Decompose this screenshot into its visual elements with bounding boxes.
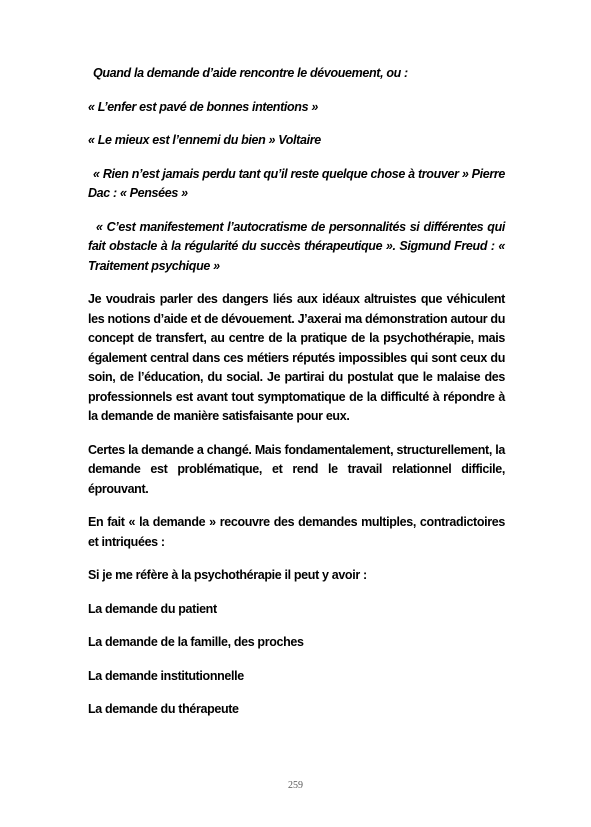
epigraph-line-1: Quand la demande d’aide rencontre le dév…	[88, 64, 505, 84]
epigraph-line-5: « C’est manifestement l’autocratisme de …	[88, 218, 505, 277]
page-number: 259	[0, 780, 591, 791]
document-page: Quand la demande d’aide rencontre le dév…	[0, 0, 591, 827]
demand-list-item-4: La demande du thérapeute	[88, 700, 505, 720]
body-paragraph-4: Si je me réfère à la psychothérapie il p…	[88, 566, 505, 586]
demand-list-item-1: La demande du patient	[88, 600, 505, 620]
demand-list-item-2: La demande de la famille, des proches	[88, 633, 505, 653]
epigraph-line-3: « Le mieux est l’ennemi du bien » Voltai…	[88, 131, 505, 151]
epigraph-line-4: « Rien n’est jamais perdu tant qu’il res…	[88, 165, 505, 204]
body-paragraph-1: Je voudrais parler des dangers liés aux …	[88, 290, 505, 427]
demand-list-item-3: La demande institutionnelle	[88, 667, 505, 687]
body-paragraph-2: Certes la demande a changé. Mais fondame…	[88, 441, 505, 500]
epigraph-line-2: « L’enfer est pavé de bonnes intentions …	[88, 98, 505, 118]
body-paragraph-3: En fait « la demande » recouvre des dema…	[88, 513, 505, 552]
